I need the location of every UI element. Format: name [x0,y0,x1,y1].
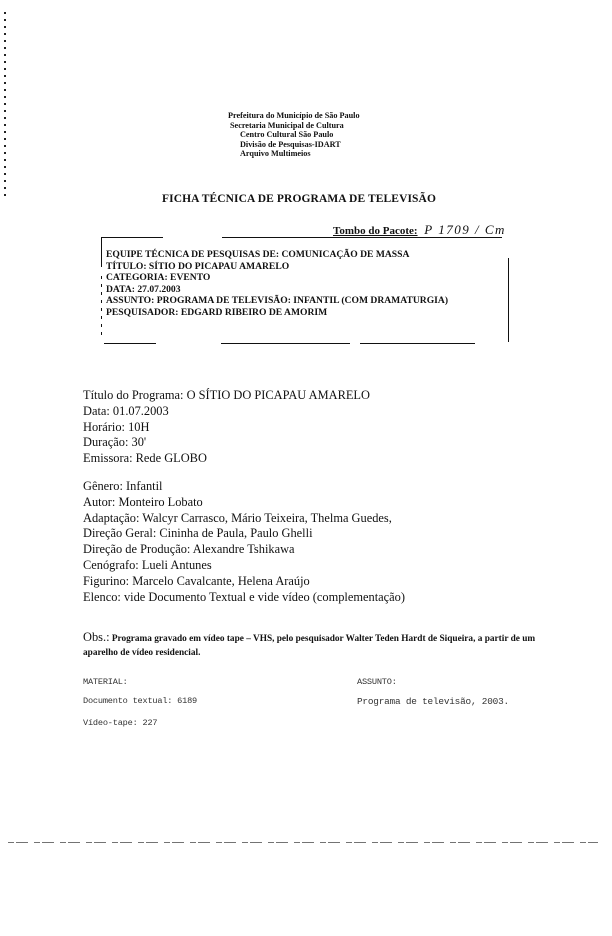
box-line-equipe: EQUIPE TÉCNICA DE PESQUISAS DE: COMUNICA… [106,249,448,261]
tombo-label: Tombo do Pacote: [333,225,418,237]
material-item: Vídeo-tape: 227 [83,718,157,728]
assunto-heading: ASSUNTO: [357,677,397,687]
obs-text: Programa gravado em vídeo tape – VHS, pe… [83,634,535,658]
scan-margin-artifact [4,12,6,197]
box-line-titulo: TÍTULO: SÍTIO DO PICAPAU AMARELO [106,261,448,273]
box-border [221,343,350,344]
material-heading: MATERIAL: [83,677,128,687]
scan-bottom-rule [8,842,598,843]
field-duracao: Duração: 30' [83,435,405,451]
box-line-categoria: CATEGORIA: EVENTO [106,272,448,284]
box-border [222,237,502,238]
program-details: Título do Programa: O SÍTIO DO PICAPAU A… [83,388,405,605]
box-border [101,237,163,238]
header-line: Divisão de Pesquisas-IDART [228,140,360,150]
box-line-data: DATA: 27.07.2003 [106,284,448,296]
tombo-value: P 1709 / Cm [424,222,506,237]
header-line: Centro Cultural São Paulo [228,130,360,140]
assunto-value: Programa de televisão, 2003. [357,696,509,707]
tombo-field: Tombo do Pacote: P 1709 / Cm [333,222,506,238]
field-direcao-geral: Direção Geral: Cininha de Paula, Paulo G… [83,526,405,542]
field-elenco: Elenco: vide Documento Textual e vide ví… [83,590,405,606]
box-border [104,343,156,344]
field-direcao-producao: Direção de Produção: Alexandre Tshikawa [83,542,405,558]
field-horario: Horário: 10H [83,420,405,436]
box-border [101,237,102,267]
institution-header: Prefeitura do Município de São Paulo Sec… [228,111,360,159]
box-border [360,343,475,344]
observation-note: Obs.: Programa gravado em vídeo tape – V… [83,630,543,660]
box-border [508,258,509,342]
header-line: Arquivo Multimeios [228,149,360,159]
document-title: FICHA TÉCNICA DE PROGRAMA DE TELEVISÃO [162,193,436,205]
field-autor: Autor: Monteiro Lobato [83,495,405,511]
material-item: Documento textual: 6189 [83,696,197,706]
field-cenografo: Cenógrafo: Lueli Antunes [83,558,405,574]
field-adaptacao: Adaptação: Walcyr Carrasco, Mário Teixei… [83,511,405,527]
research-info-box: EQUIPE TÉCNICA DE PESQUISAS DE: COMUNICA… [106,249,448,319]
box-line-pesquisador: PESQUISADOR: EDGARD RIBEIRO DE AMORIM [106,307,448,319]
field-figurino: Figurino: Marcelo Cavalcante, Helena Ara… [83,574,405,590]
field-genero: Gênero: Infantil [83,479,405,495]
box-line-assunto: ASSUNTO: PROGRAMA DE TELEVISÃO: INFANTIL… [106,295,448,307]
box-border [101,276,102,336]
field-titulo: Título do Programa: O SÍTIO DO PICAPAU A… [83,388,405,404]
obs-label: Obs.: [83,630,110,644]
field-data: Data: 01.07.2003 [83,404,405,420]
field-emissora: Emissora: Rede GLOBO [83,451,405,467]
header-line: Prefeitura do Município de São Paulo [228,111,360,121]
header-line: Secretaria Municipal de Cultura [228,121,360,131]
